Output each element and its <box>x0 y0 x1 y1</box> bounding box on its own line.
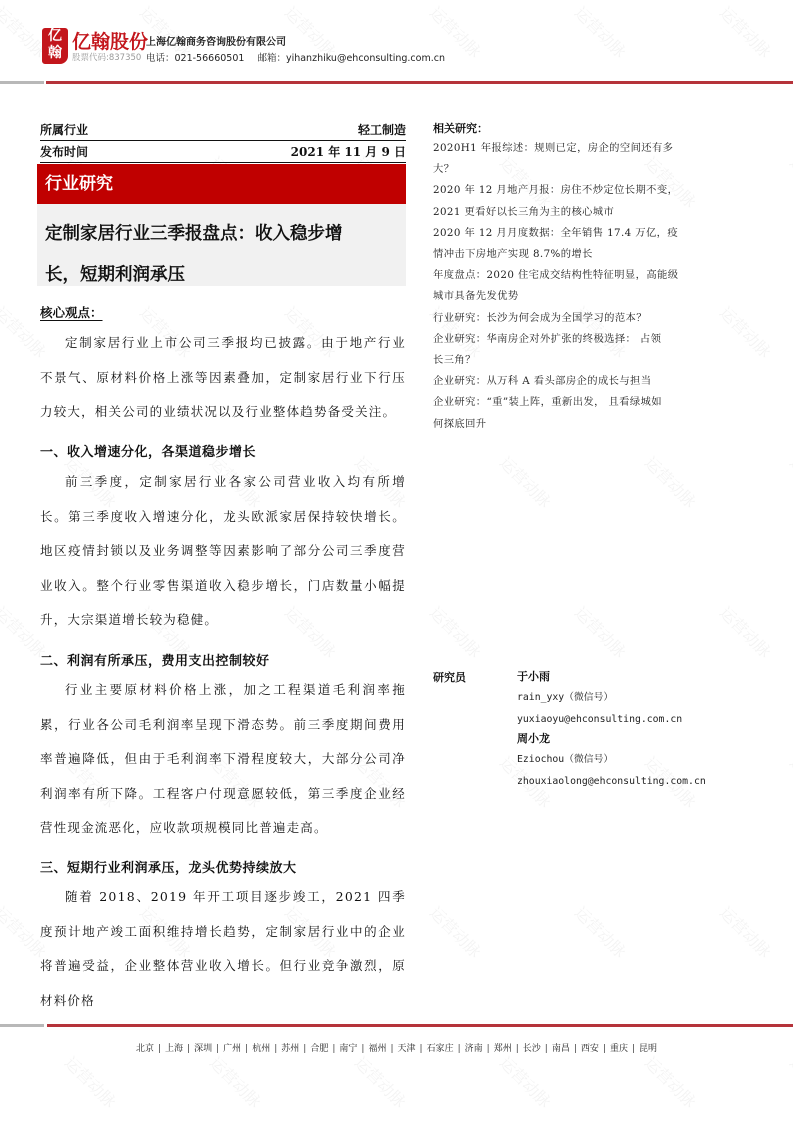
date-row: 发布时间 2021 年 11 月 9 日 <box>40 140 406 163</box>
core-intro-paragraph: 定制家居行业上市公司三季报均已披露。由于地产行业不景气、原材料价格上涨等因素叠加… <box>40 326 406 430</box>
city-name: 南宁 <box>339 1044 357 1054</box>
analyst-2: 周小龙 Eziochou（微信号） zhouxiaolong@ehconsult… <box>517 729 757 793</box>
analyst-name: 周小龙 <box>517 729 757 749</box>
city-separator: | <box>158 1044 161 1054</box>
city-separator: | <box>216 1044 219 1054</box>
city-name: 北京 <box>136 1044 154 1054</box>
company-full-name: 上海亿翰商务咨询股份有限公司 <box>146 33 286 48</box>
analyst-email[interactable]: yuxiaoyu@ehconsulting.com.cn <box>517 709 757 731</box>
city-separator: | <box>303 1044 306 1054</box>
city-separator: | <box>516 1044 519 1054</box>
date-value: 2021 年 11 月 9 日 <box>291 143 406 160</box>
related-research-line: 年度盘点：2020 住宅成交结构性特征明显，高能级 <box>433 265 698 286</box>
watermark-text: 运营动脉 <box>716 901 778 963</box>
city-name: 苏州 <box>281 1044 299 1054</box>
city-name: 石家庄 <box>427 1044 454 1054</box>
related-research-item[interactable]: 企业研究：“重”装上阵，重新出发， 且看绿城如何探底回升 <box>433 392 698 434</box>
section-2-heading: 二、利润有所承压，费用支出控制较好 <box>40 650 270 669</box>
city-name: 西安 <box>581 1044 599 1054</box>
company-logo-icon: 亿翰 <box>42 28 68 64</box>
watermark-text: 运营动脉 <box>786 451 793 513</box>
industry-value: 轻工制造 <box>358 121 406 138</box>
analyst-label: 研究员 <box>433 669 466 685</box>
related-research-line: 何探底回升 <box>433 414 698 435</box>
related-research-item[interactable]: 企业研究：华南房企对外扩张的终极选择： 占领长三角？ <box>433 329 698 371</box>
industry-row: 所属行业 轻工制造 <box>40 118 406 141</box>
related-research-line: 企业研究：华南房企对外扩张的终极选择： 占领 <box>433 329 698 350</box>
related-research-line: 2020 年 12 月地产月报：房住不炒定位长期不变， <box>433 180 698 201</box>
watermark-text: 运营动脉 <box>716 1 778 63</box>
watermark-text: 运营动脉 <box>61 1051 123 1113</box>
watermark-text: 运营动脉 <box>496 1051 558 1113</box>
city-separator: | <box>187 1044 190 1054</box>
city-separator: | <box>390 1044 393 1054</box>
header-rule-grey <box>0 81 44 84</box>
header-rule-red <box>46 81 793 84</box>
related-research-item[interactable]: 企业研究：从万科 A 看头部房企的成长与担当 <box>433 371 698 392</box>
watermark-text: 运营动脉 <box>496 451 558 513</box>
related-research-line: 情冲击下房地产实现 8.7%的增长 <box>433 244 698 265</box>
report-title: 定制家居行业三季报盘点：收入稳步增 长，短期利润承压 <box>37 204 406 286</box>
related-research-line: 长三角？ <box>433 350 698 371</box>
watermark-text: 运营动脉 <box>641 451 703 513</box>
related-research-item[interactable]: 2020 年 12 月地产月报：房住不炒定位长期不变，2021 更看好以长三角为… <box>433 180 698 222</box>
city-name: 重庆 <box>610 1044 628 1054</box>
city-name: 长沙 <box>523 1044 541 1054</box>
related-research-item[interactable]: 2020 年 12 月月度数据：全年销售 17.4 万亿，疫情冲击下房地产实现 … <box>433 223 698 265</box>
city-name: 天津 <box>398 1044 416 1054</box>
report-title-line1: 定制家居行业三季报盘点：收入稳步增 <box>45 214 406 255</box>
company-brand-name: 亿翰股份 <box>72 27 148 54</box>
watermark-text: 运营动脉 <box>571 601 633 663</box>
city-separator: | <box>545 1044 548 1054</box>
watermark-text: 运营动脉 <box>716 601 778 663</box>
section-3-body: 随着 2018、2019 年开工项目逐步竣工，2021 四季度预计地产竣工面积维… <box>40 880 406 1018</box>
related-research-item[interactable]: 行业研究：长沙为何会成为全国学习的范本？ <box>433 308 698 329</box>
watermark-text: 运营动脉 <box>206 1051 268 1113</box>
city-name: 南昌 <box>552 1044 570 1054</box>
city-separator: | <box>274 1044 277 1054</box>
watermark-text: 运营动脉 <box>641 1051 703 1113</box>
city-name: 合肥 <box>310 1044 328 1054</box>
watermark-text: 运营动脉 <box>571 1 633 63</box>
watermark-text: 运营动脉 <box>426 901 488 963</box>
stock-code: 股票代码:837350 <box>72 51 141 63</box>
city-separator: | <box>574 1044 577 1054</box>
city-name: 杭州 <box>252 1044 270 1054</box>
city-name: 郑州 <box>494 1044 512 1054</box>
city-name: 上海 <box>165 1044 183 1054</box>
date-label: 发布时间 <box>40 143 88 160</box>
analyst-1: 于小雨 rain_yxy（微信号） yuxiaoyu@ehconsulting.… <box>517 667 757 731</box>
watermark-text: 运营动脉 <box>716 301 778 363</box>
city-separator: | <box>420 1044 423 1054</box>
report-category-band: 行业研究 <box>37 164 406 204</box>
email-address: 邮箱：yihanzhiku@ehconsulting.com.cn <box>257 53 445 64</box>
watermark-text: 运营动脉 <box>786 1051 793 1113</box>
office-cities: 北京|上海|深圳|广州|杭州|苏州|合肥|南宁|福州|天津|石家庄|济南|郑州|… <box>0 1041 793 1054</box>
related-research-line: 2020 年 12 月月度数据：全年销售 17.4 万亿，疫 <box>433 223 698 244</box>
city-separator: | <box>458 1044 461 1054</box>
related-research-item[interactable]: 2020H1 年报综述：规则已定，房企的空间还有多大？ <box>433 138 698 180</box>
analyst-wechat: rain_yxy（微信号） <box>517 687 757 709</box>
related-research-list: 2020H1 年报综述：规则已定，房企的空间还有多大？2020 年 12 月地产… <box>433 138 698 435</box>
related-research-line: 2021 更看好以长三角为主的核心城市 <box>433 202 698 223</box>
city-separator: | <box>632 1044 635 1054</box>
phone-number: 电话：021-56660501 <box>146 53 244 64</box>
analyst-email[interactable]: zhouxiaolong@ehconsulting.com.cn <box>517 771 757 793</box>
industry-label: 所属行业 <box>40 121 88 138</box>
city-separator: | <box>603 1044 606 1054</box>
watermark-text: 运营动脉 <box>426 601 488 663</box>
core-opinion-heading: 核心观点： <box>40 303 103 321</box>
section-2-body: 行业主要原材料价格上涨，加之工程渠道毛利润率拖累，行业各公司毛利润率呈现下滑态势… <box>40 673 406 846</box>
city-separator: | <box>487 1044 490 1054</box>
footer-rule-grey <box>0 1024 44 1027</box>
city-separator: | <box>245 1044 248 1054</box>
related-research-line: 2020H1 年报综述：规则已定，房企的空间还有多 <box>433 138 698 159</box>
watermark-text: 运营动脉 <box>786 151 793 213</box>
related-research-line: 行业研究：长沙为何会成为全国学习的范本？ <box>433 308 698 329</box>
watermark-text: 运营动脉 <box>571 901 633 963</box>
city-name: 福州 <box>368 1044 386 1054</box>
related-research-item[interactable]: 年度盘点：2020 住宅成交结构性特征明显，高能级城市具备先发优势 <box>433 265 698 307</box>
analyst-wechat: Eziochou（微信号） <box>517 749 757 771</box>
related-research-line: 企业研究：从万科 A 看头部房企的成长与担当 <box>433 371 698 392</box>
section-1-heading: 一、收入增速分化，各渠道稳步增长 <box>40 441 256 460</box>
city-separator: | <box>332 1044 335 1054</box>
related-research-line: 城市具备先发优势 <box>433 286 698 307</box>
related-research-line: 企业研究：“重”装上阵，重新出发， 且看绿城如 <box>433 392 698 413</box>
report-title-line2: 长，短期利润承压 <box>45 255 406 296</box>
section-1-body: 前三季度，定制家居行业各家公司营业收入均有所增长。第三季度收入增速分化，龙头欧派… <box>40 465 406 638</box>
city-name: 广州 <box>223 1044 241 1054</box>
section-3-heading: 三、短期行业利润承压，龙头优势持续放大 <box>40 857 297 876</box>
city-separator: | <box>361 1044 364 1054</box>
watermark-text: 运营动脉 <box>786 751 793 813</box>
related-research-heading: 相关研究： <box>433 120 488 136</box>
company-contact: 电话：021-56660501 邮箱：yihanzhiku@ehconsulti… <box>146 50 455 64</box>
footer-rule-red <box>47 1024 793 1027</box>
city-name: 济南 <box>465 1044 483 1054</box>
city-name: 昆明 <box>639 1044 657 1054</box>
related-research-line: 大？ <box>433 159 698 180</box>
watermark-text: 运营动脉 <box>351 1051 413 1113</box>
city-name: 深圳 <box>194 1044 212 1054</box>
analyst-name: 于小雨 <box>517 667 757 687</box>
